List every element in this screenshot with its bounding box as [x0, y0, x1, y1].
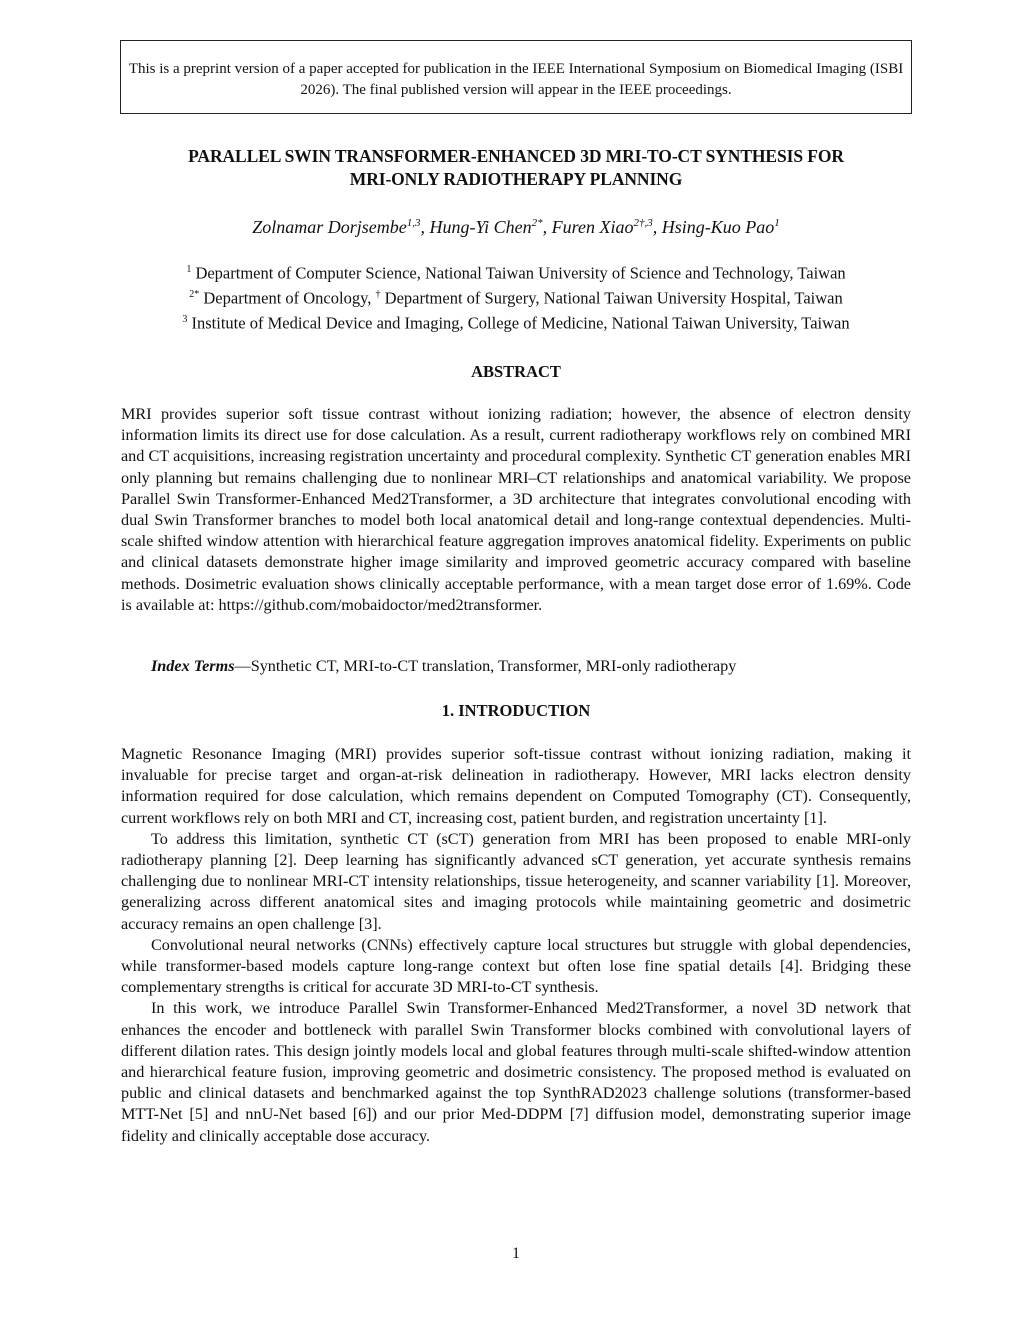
index-terms-label: Index Terms	[151, 657, 235, 675]
intro-paragraph: Convolutional neural networks (CNNs) eff…	[121, 935, 911, 999]
author-list: Zolnamar Dorjsembe1,3, Hung-Yi Chen2*, F…	[100, 211, 932, 239]
preprint-notice: This is a preprint version of a paper ac…	[120, 40, 912, 114]
abstract-body: MRI provides superior soft tissue contra…	[121, 404, 911, 616]
affiliation: 2* Department of Oncology, † Department …	[100, 284, 932, 309]
intro-paragraph: To address this limitation, synthetic CT…	[121, 829, 911, 935]
title-line-2: MRI-ONLY RADIOTHERAPY PLANNING	[100, 168, 932, 191]
affiliation: 3 Institute of Medical Device and Imagin…	[100, 309, 932, 334]
paper-title: PARALLEL SWIN TRANSFORMER-ENHANCED 3D MR…	[100, 145, 932, 191]
affiliation: 1 Department of Computer Science, Nation…	[100, 259, 932, 284]
title-line-1: PARALLEL SWIN TRANSFORMER-ENHANCED 3D MR…	[100, 145, 932, 168]
page-number: 1	[0, 1245, 1024, 1263]
author: Hung-Yi Chen2*,	[430, 217, 552, 237]
intro-paragraph: In this work, we introduce Parallel Swin…	[121, 998, 911, 1146]
introduction-body: Magnetic Resonance Imaging (MRI) provide…	[121, 744, 911, 1147]
affiliations: 1 Department of Computer Science, Nation…	[100, 259, 932, 334]
index-terms: Index Terms—Synthetic CT, MRI-to-CT tran…	[151, 657, 911, 676]
intro-paragraph: Magnetic Resonance Imaging (MRI) provide…	[121, 744, 911, 829]
abstract-text: MRI provides superior soft tissue contra…	[121, 404, 911, 616]
abstract-heading: ABSTRACT	[100, 362, 932, 382]
author: Hsing-Kuo Pao1	[662, 217, 780, 237]
index-terms-text: —Synthetic CT, MRI-to-CT translation, Tr…	[235, 657, 737, 675]
introduction-heading: 1. INTRODUCTION	[100, 701, 932, 721]
author: Furen Xiao2†,3,	[552, 217, 662, 237]
author: Zolnamar Dorjsembe1,3,	[252, 217, 429, 237]
